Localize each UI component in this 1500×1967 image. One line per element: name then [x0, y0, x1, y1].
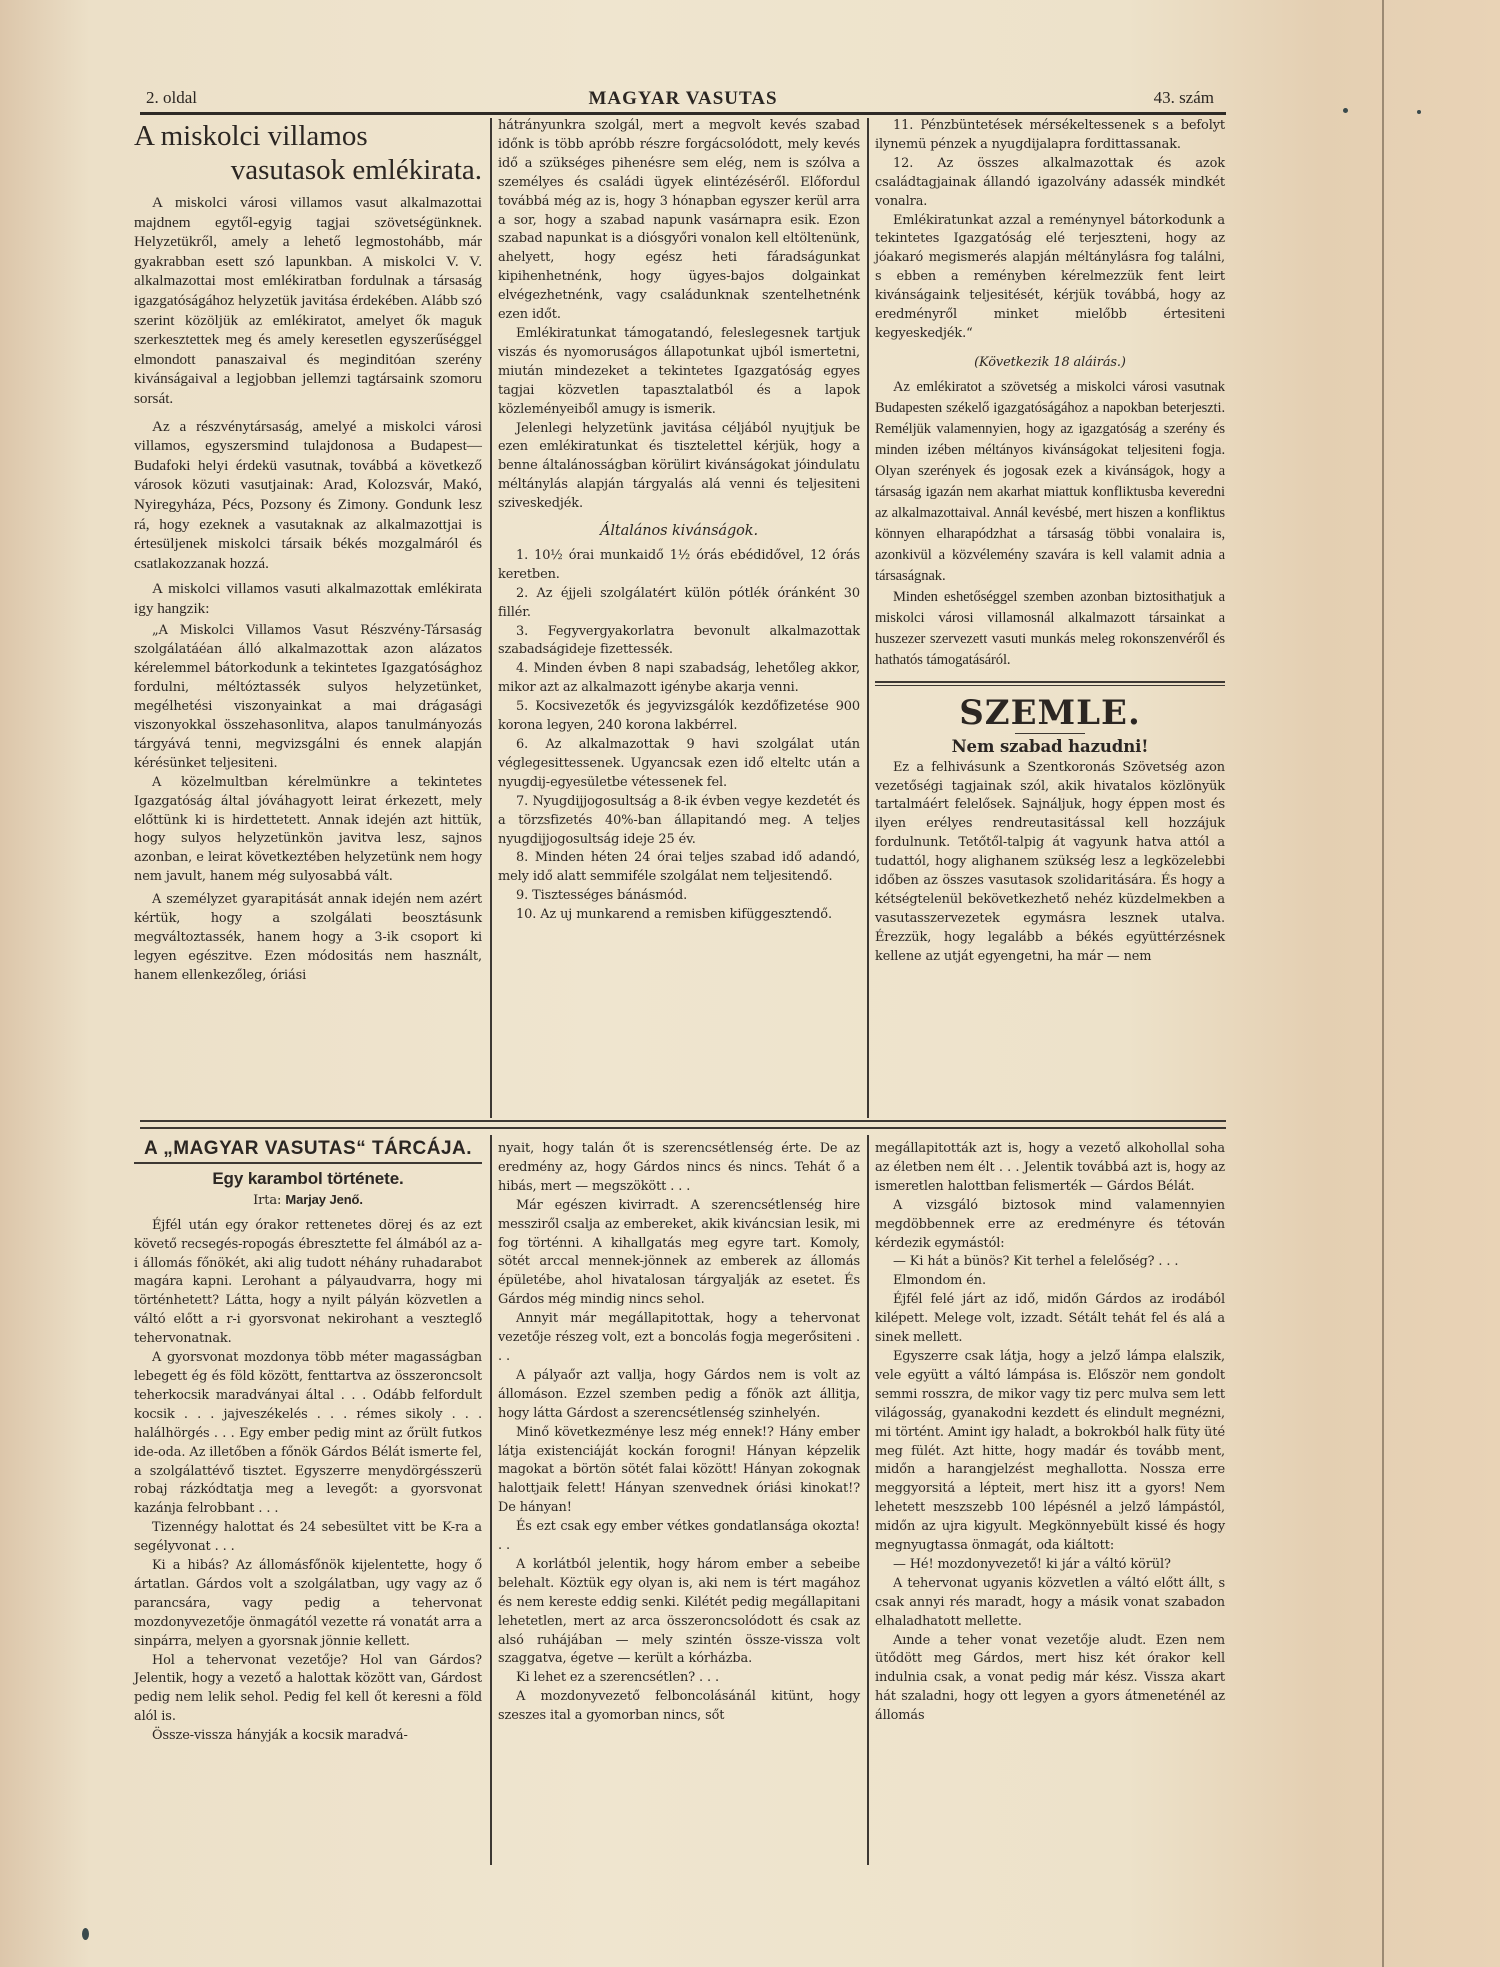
story-paragraph: Össze-vissza hányják a kocsik maradvá- — [134, 1727, 482, 1746]
article-title-line-1: A miskolci villamos — [134, 120, 368, 152]
page-header: 2. oldal MAGYAR VASUTAS 43. szám — [140, 88, 1226, 115]
article-column-2: hátrányunkra szolgál, mert a megvolt kev… — [498, 117, 860, 925]
story-paragraph: A vizsgáló biztosok mind valamennyien me… — [875, 1197, 1225, 1254]
signatures-note: (Következik 18 aláirás.) — [875, 354, 1225, 373]
story-paragraph: Hol a tehervonat vezetője? Hol van Gárdo… — [134, 1652, 482, 1728]
paragraph: A miskolci villamos vasuti alkalmazottak… — [134, 579, 482, 618]
ink-speck — [1343, 108, 1348, 113]
paragraph: hátrányunkra szolgál, mert a megvolt kev… — [498, 117, 860, 325]
memorandum-paragraph: „A Miskolci Villamos Vasut Részvény-Társ… — [134, 622, 482, 773]
story-paragraph: Aınde a teher vonat vezetője aludt. Ezen… — [875, 1632, 1225, 1727]
wish-item: 5. Kocsivezetők és jegyvizsgálók kezdőfi… — [498, 698, 860, 736]
story-paragraph: — Ki hát a bünös? Kit terhel a felelőség… — [875, 1253, 1225, 1272]
story-paragraph: Tizennégy halottat és 24 sebesültet vitt… — [134, 1519, 482, 1557]
article-column-3: 11. Pénzbüntetések mérsékeltessenek s a … — [875, 117, 1225, 967]
story-title: Egy karambol története. — [134, 1170, 482, 1189]
afterword-paragraph: Az emlékiratot a szövetség a miskolci vá… — [875, 377, 1225, 587]
story-paragraph: Éjfél felé járt az idő, midőn Gárdos az … — [875, 1291, 1225, 1348]
wish-item: 8. Minden héten 24 órai teljes szabad id… — [498, 849, 860, 887]
column-rule — [490, 118, 492, 1118]
story-paragraph: Már egészen kivirradt. A szerencsétlensé… — [498, 1197, 860, 1310]
paragraph: Emlékiratunkat támogatandó, feleslegesne… — [498, 325, 860, 420]
author-name: Marjay Jenő. — [285, 1192, 363, 1207]
story-paragraph: — Hé! mozdonyvezető! ki jár a váltó körü… — [875, 1556, 1225, 1575]
story-paragraph: És ezt csak egy ember vétkes gondatlansá… — [498, 1518, 860, 1556]
story-paragraph: Egyszerre csak látja, hogy a jelző lámpa… — [875, 1348, 1225, 1556]
szemle-subheading: Nem szabad hazudni! — [875, 738, 1225, 757]
wish-item: 11. Pénzbüntetések mérsékeltessenek s a … — [875, 117, 1225, 155]
story-paragraph: Minő következménye lesz még ennek!? Hány… — [498, 1424, 860, 1519]
story-paragraph: nyait, hogy talán őt is szerencsétlenség… — [498, 1140, 860, 1197]
column-rule — [867, 118, 869, 1118]
section-divider — [875, 681, 1225, 686]
story-paragraph: A mozdonyvezető felboncolásánál kitünt, … — [498, 1688, 860, 1726]
story-paragraph: Elmondom én. — [875, 1272, 1225, 1291]
byline-prefix: Irta: — [253, 1193, 281, 1208]
wish-item: 2. Az éjjeli szolgálatért külön pótlék ó… — [498, 585, 860, 623]
memorandum-paragraph: A közelmultban kérelmünkre a tekintetes … — [134, 774, 482, 887]
feuilleton-column-2: nyait, hogy talán őt is szerencsétlenség… — [498, 1140, 860, 1726]
wish-item: 4. Minden évben 8 napi szabadság, lehető… — [498, 660, 860, 698]
paragraph: Az a részvénytársaság, amelyé a miskolci… — [134, 417, 482, 574]
story-paragraph: megállapitották azt is, hogy a vezető al… — [875, 1140, 1225, 1197]
wish-item: 1. 10½ órai munkaidő 1½ órás ebédidővel,… — [498, 547, 860, 585]
story-paragraph: A korlátból jelentik, hogy három ember a… — [498, 1556, 860, 1669]
szemle-heading: SZEMLE. — [875, 704, 1225, 723]
story-paragraph: Ki a hibás? Az állomásfőnök kijelentette… — [134, 1557, 482, 1652]
ink-blot — [82, 1928, 89, 1940]
column-rule — [867, 1135, 869, 1865]
story-paragraph: A tehervonat ugyanis közvetlen a váltó e… — [875, 1575, 1225, 1632]
paragraph: A miskolci városi villamos vasut alkalma… — [134, 193, 482, 409]
afterword-paragraph: Minden eshetőséggel szemben azonban bizt… — [875, 587, 1225, 671]
wish-item: 6. Az alkalmazottak 9 havi szolgálat utá… — [498, 736, 860, 793]
story-paragraph: Ki lehet ez a szerencsétlen? . . . — [498, 1669, 860, 1688]
story-paragraph: Éjfél után egy órakor rettenetes dörej é… — [134, 1217, 482, 1349]
article-title-line-2: vasutasok emlékirata. — [134, 153, 482, 187]
byline: Irta: Marjay Jenő. — [134, 1191, 482, 1211]
issue-number: 43. szám — [1154, 88, 1214, 108]
story-paragraph: A pályaőr azt vallja, hogy Gárdos nem is… — [498, 1367, 860, 1424]
wishes-heading: Általános kivánságok. — [498, 522, 860, 541]
wish-item: 12. Az összes alkalmazottak és azok csal… — [875, 155, 1225, 212]
feuilleton-separator — [140, 1120, 1226, 1129]
szemle-paragraph: Ez a felhivásunk a Szentkoronás Szövetsé… — [875, 759, 1225, 967]
column-rule — [490, 1135, 492, 1865]
masthead-title: MAGYAR VASUTAS — [140, 88, 1226, 110]
wish-item: 9. Tisztességes bánásmód. — [498, 887, 860, 906]
article-title: A miskolci villamos vasutasok emlékirata… — [134, 119, 482, 187]
story-paragraph: A gyorsvonat mozdonya több méter magassá… — [134, 1349, 482, 1519]
newspaper-page: 2. oldal MAGYAR VASUTAS 43. szám A misko… — [0, 0, 1500, 1967]
story-paragraph: Annyit már megállapitottak, hogy a teher… — [498, 1310, 860, 1367]
paragraph: Jelenlegi helyzetünk javitása céljából n… — [498, 420, 860, 515]
closing-paragraph: Emlékiratunkat azzal a reménynyel bátork… — [875, 212, 1225, 344]
page-fold-line — [1382, 0, 1384, 1967]
wish-item: 3. Fegyvergyakorlatra bevonult alkalmazo… — [498, 623, 860, 661]
feuilleton-banner: A „MAGYAR VASUTAS“ TÁRCÁJA. — [134, 1140, 482, 1164]
wish-item: 10. Az uj munkarend a remisben kifüggesz… — [498, 906, 860, 925]
ink-speck — [1417, 110, 1421, 114]
feuilleton-column-1: A „MAGYAR VASUTAS“ TÁRCÁJA. Egy karambol… — [134, 1140, 482, 1746]
feuilleton-column-3: megállapitották azt is, hogy a vezető al… — [875, 1140, 1225, 1726]
memorandum-paragraph: A személyzet gyarapitását annak idején n… — [134, 891, 482, 986]
wish-item: 7. Nyugdijjogosultság a 8-ik évben vegye… — [498, 793, 860, 850]
szemle-rule — [1015, 733, 1085, 734]
article-column-1: A miskolci villamos vasutasok emlékirata… — [134, 117, 482, 986]
